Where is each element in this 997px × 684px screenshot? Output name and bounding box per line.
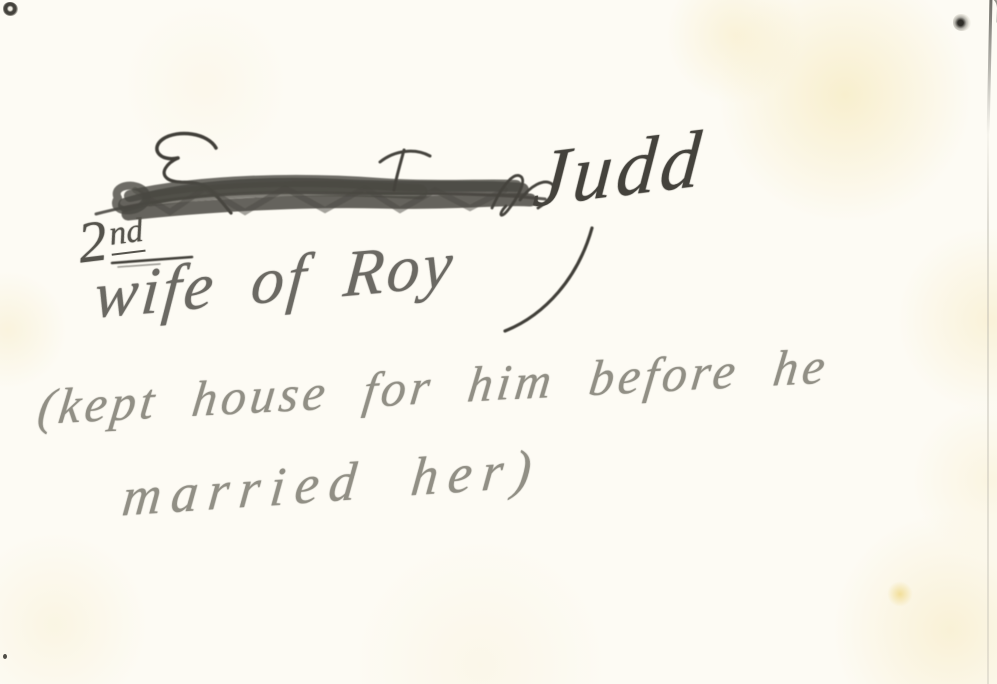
corner-crease-top-right (967, 0, 997, 23)
pinhole-mark-top-left (3, 2, 18, 16)
ordinal-suffix: nd (107, 212, 146, 256)
handwriting-line-married-her: married her) (119, 437, 544, 529)
scanned-handwritten-note: Judd 2nd wife of Roy (kept house for him… (0, 0, 997, 684)
j-flourish-tail (505, 228, 592, 331)
ink-overlay (0, 0, 997, 684)
speck-bottom-left (3, 654, 7, 659)
card-edge-line-faint (987, 110, 989, 684)
surname-text: Judd (530, 113, 708, 227)
handwriting-line-wife-of-roy: wife of Roy (91, 226, 458, 334)
handwriting-line-kept-house: (kept house for him before he (35, 337, 833, 437)
name-remnant-strokes (380, 150, 554, 215)
capital-letter-flourish (157, 133, 231, 213)
crossed-out-name-scribble (96, 181, 545, 214)
